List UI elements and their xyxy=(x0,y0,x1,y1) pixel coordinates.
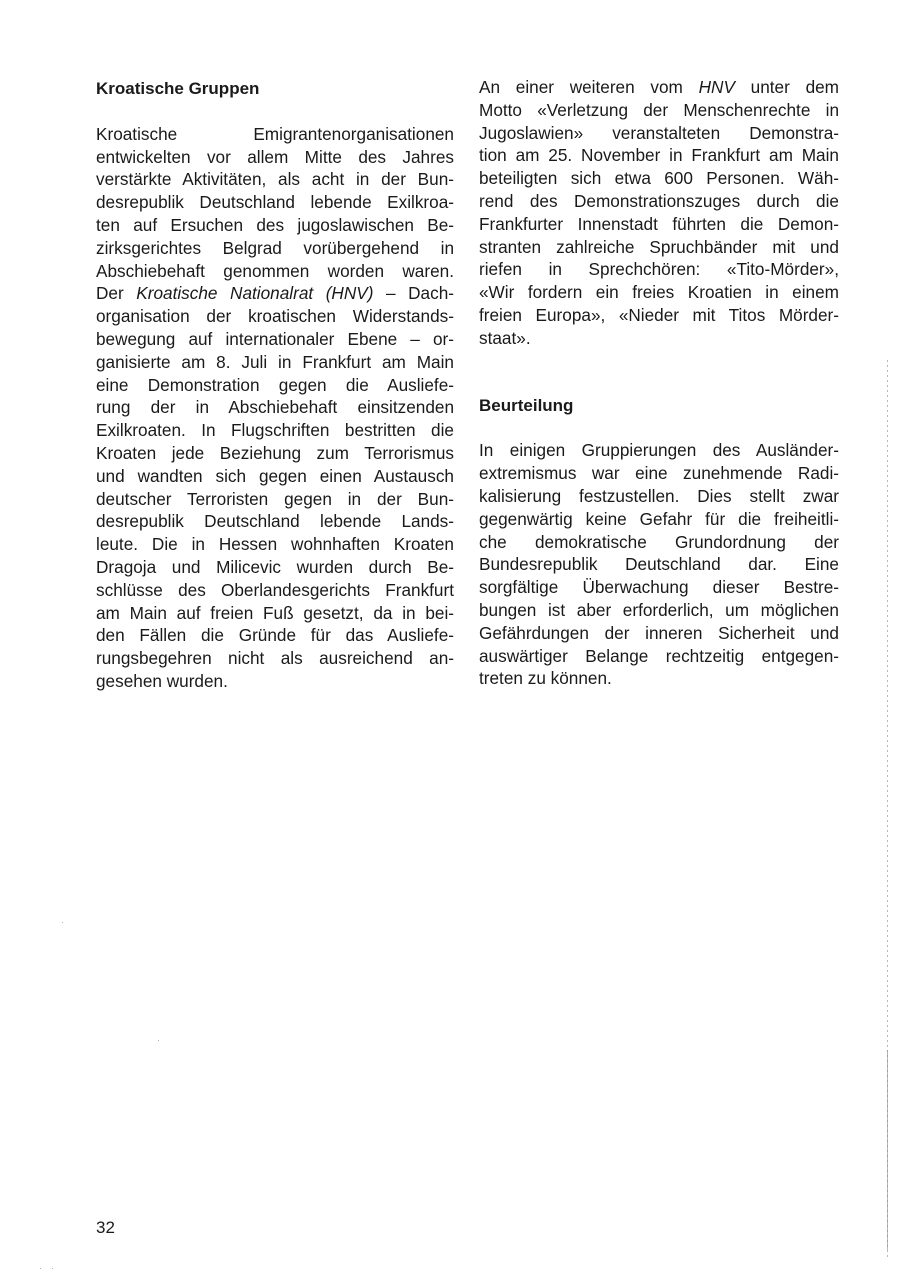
text-line: Kroaten jede Beziehung zum Terrorismus xyxy=(96,442,454,465)
text-line: In einigen Gruppierungen des Ausländer- xyxy=(479,439,839,462)
text-line: verstärkte Aktivitäten, als acht in der … xyxy=(96,168,454,191)
text-line: bungen ist aber erforderlich, um möglich… xyxy=(479,599,839,622)
scan-speck xyxy=(62,922,63,923)
text-line: leute. Die in Hessen wohnhaften Kroaten xyxy=(96,533,454,556)
text-line: Jugoslawien» veranstalteten Demonstra- xyxy=(479,122,839,145)
text-line: den Fällen die Gründe für das Auslie­fe- xyxy=(96,624,454,647)
text-line: Bundesrepublik Deutschland dar. Eine xyxy=(479,553,839,576)
text-line: Kroatische Emigrantenorganisationen xyxy=(96,123,454,146)
text-line: und wandten sich gegen einen Austausch xyxy=(96,465,454,488)
text-line: desrepublik Deutschland lebende Exilkroa… xyxy=(96,191,454,214)
organization-name-italic: Kroatische Nationalrat (HNV) xyxy=(136,283,373,303)
text-line: rend des Demonstrationszuges durch die xyxy=(479,190,839,213)
text-line: Abschiebehaft genommen worden waren. xyxy=(96,260,454,283)
text-line: bewegung auf internationaler Ebene – or- xyxy=(96,328,454,351)
document-page: Kroatische Gruppen Kroatische Emigranten… xyxy=(0,0,900,1276)
section-heading-beurteilung: Beurteilung xyxy=(479,395,839,418)
text-line: organisation der kroatischen Widerstands… xyxy=(96,305,454,328)
text-line: Motto «Verletzung der Menschenrechte in xyxy=(479,99,839,122)
right-column: An einer weiteren vom HNV unter dem Mott… xyxy=(479,76,839,690)
scan-edge-line-solid xyxy=(887,1050,888,1250)
text-line: am Main auf freien Fuß gesetzt, da in be… xyxy=(96,602,454,625)
scan-speck xyxy=(158,1040,159,1041)
text-line: ganisierte am 8. Juli in Frankfurt am Ma… xyxy=(96,351,454,374)
section-heading-kroatische-gruppen: Kroatische Gruppen xyxy=(96,78,454,101)
text-fragment: unter dem xyxy=(735,77,839,97)
text-line-hnv-demo: An einer weiteren vom HNV unter dem xyxy=(479,76,839,99)
text-line: Exilkroaten. In Flugschriften bestritten… xyxy=(96,419,454,442)
text-line: Frankfurter Innenstadt führten die Demon… xyxy=(479,213,839,236)
paragraph-demonstration: An einer weiteren vom HNV unter dem Mott… xyxy=(479,76,839,350)
text-line: eine Demonstration gegen die Auslie­fe- xyxy=(96,374,454,397)
paragraph-beurteilung: In einigen Gruppierungen des Ausländer- … xyxy=(479,439,839,690)
text-line: deutscher Terroristen gegen in der Bun- xyxy=(96,488,454,511)
scan-speck xyxy=(40,1268,41,1269)
text-line: desrepublik Deutschland lebende Lands- xyxy=(96,510,454,533)
text-line-hnv: Der Kroatische Nationalrat (HNV) – Dach- xyxy=(96,282,454,305)
text-line: kalisierung festzustellen. Dies stellt z… xyxy=(479,485,839,508)
text-line: che demokratische Grundordnung der xyxy=(479,531,839,554)
text-line: beteiligten sich etwa 600 Personen. Wäh- xyxy=(479,167,839,190)
organization-abbrev-italic: HNV xyxy=(699,77,735,97)
page-number: 32 xyxy=(96,1218,115,1238)
text-fragment: – Dach- xyxy=(373,283,454,303)
text-line: ten auf Ersuchen des jugoslawischen Be- xyxy=(96,214,454,237)
text-line: «Wir fordern ein freies Kroatien in eine… xyxy=(479,281,839,304)
text-line: extremismus war eine zunehmende Radi- xyxy=(479,462,839,485)
text-line: tion am 25. November in Frankfurt am Mai… xyxy=(479,144,839,167)
text-line: Dragoja und Milicevic wurden durch Be- xyxy=(96,556,454,579)
text-line: stranten zahlreiche Spruchbänder mit und xyxy=(479,236,839,259)
left-column: Kroatische Gruppen Kroatische Emigranten… xyxy=(96,76,454,693)
text-line: schlüsse des Oberlandesgerichts Frankfur… xyxy=(96,579,454,602)
text-line: riefen in Sprechchören: «Tito-Mörder», xyxy=(479,258,839,281)
text-line: Gefährdungen der inneren Sicherheit und xyxy=(479,622,839,645)
text-line: treten zu können. xyxy=(479,667,839,690)
text-fragment: An einer weiteren vom xyxy=(479,77,699,97)
text-line: auswärtiger Belange rechtzeitig entgegen… xyxy=(479,645,839,668)
text-line: gegenwärtig keine Gefahr für die freihei… xyxy=(479,508,839,531)
text-line: entwickelten vor allem Mitte des Jahres xyxy=(96,146,454,169)
text-line: zirksgerichtes Belgrad vorübergehend in xyxy=(96,237,454,260)
text-line: gesehen wurden. xyxy=(96,670,454,693)
text-line: rung der in Abschiebehaft einsitzenden xyxy=(96,396,454,419)
paragraph-kroatische-gruppen: Kroatische Emigrantenorganisationen entw… xyxy=(96,123,454,693)
text-line: staat». xyxy=(479,327,839,350)
text-line: rungsbegehren nicht als ausreichend an- xyxy=(96,647,454,670)
text-line: sorgfältige Überwachung dieser Bestre- xyxy=(479,576,839,599)
text-line: freien Europa», «Nieder mit Titos Mörder… xyxy=(479,304,839,327)
scan-speck xyxy=(52,1268,53,1269)
text-fragment: Der xyxy=(96,283,136,303)
